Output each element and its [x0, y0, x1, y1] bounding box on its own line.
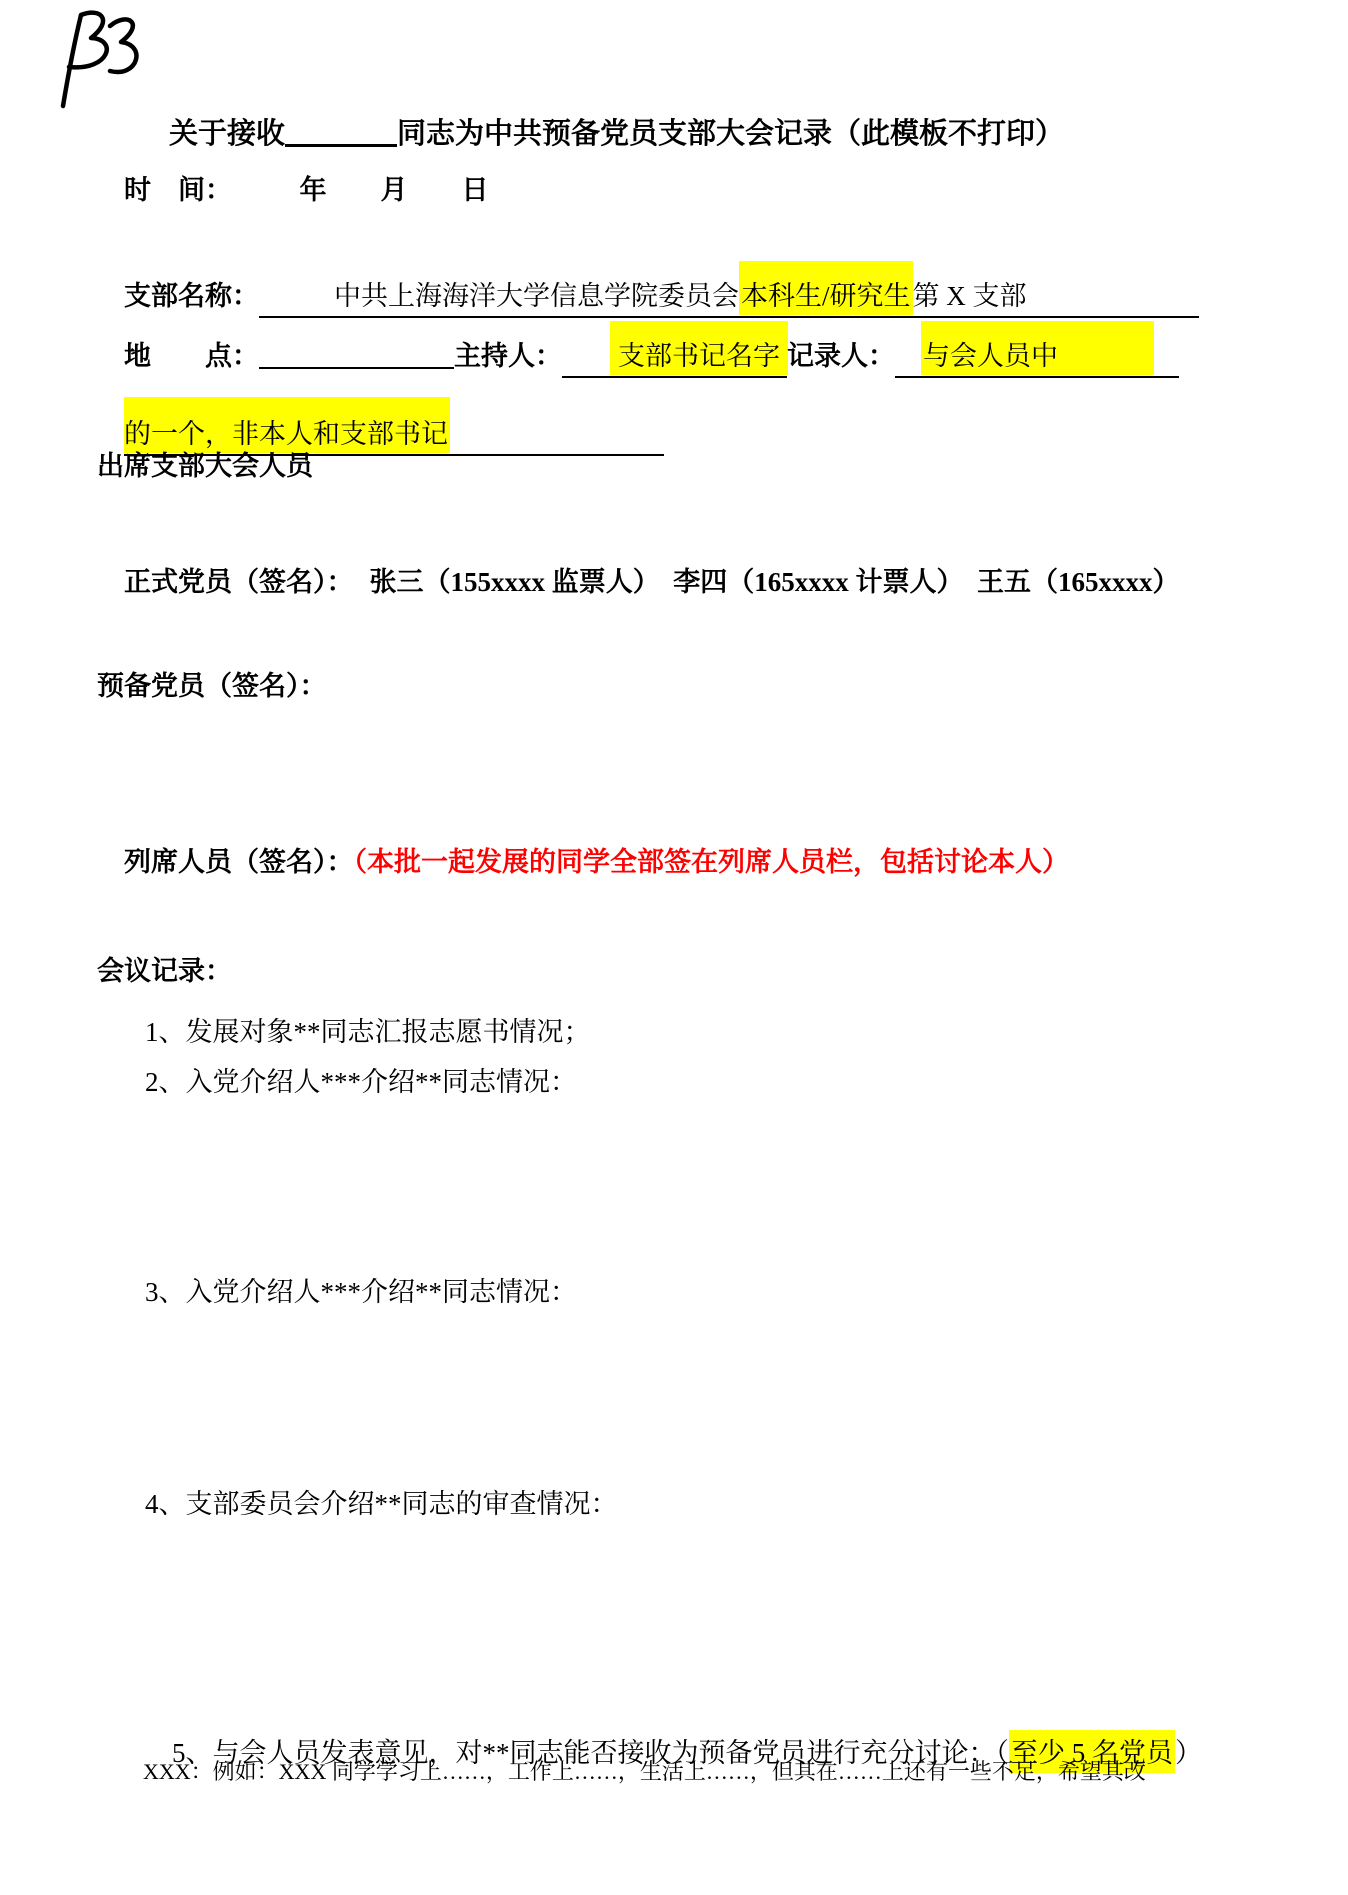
recorder-value-highlight-line1: 与会人员中 — [921, 321, 1154, 375]
minutes-item-2: 2、入党介绍人***介绍**同志情况： — [145, 1066, 577, 1100]
host-label: 主持人： — [454, 341, 562, 371]
recorder-label: 记录人： — [787, 341, 895, 371]
formal-members-row: 正式党员（签名）：张三（155xxxx 监票人） 李四（165xxxx 计票人）… — [97, 532, 1180, 633]
host-value-highlight: 支部书记名字 — [610, 321, 788, 375]
example-line: XXX：例如：XXX 同学学习上……，工作上……，生活上……，但其在……上还有一… — [143, 1758, 1146, 1786]
recorder-value-highlight-line2: 的一个，非本人和支部书记 — [124, 397, 450, 453]
time-row: 时 间： 年 月 日 — [97, 140, 489, 241]
b3-ink-icon — [50, 8, 150, 116]
minutes-item-1: 1、发展对象**同志汇报志愿书情况； — [145, 1016, 591, 1050]
host-field: 支部书记名字 — [562, 340, 787, 378]
probationary-members-row: 预备党员（签名）： — [97, 670, 327, 704]
minutes-item-4: 4、支部委员会介绍**同志的审查情况： — [145, 1488, 618, 1522]
minutes-item-5-close: ） — [1175, 1738, 1202, 1768]
document-page: 关于接收同志为中共预备党员支部大会记录（此模板不打印） 时 间： 年 月 日 支… — [0, 0, 1348, 1895]
recorder-field: 与会人员中 — [895, 340, 1179, 378]
handwritten-b3-mark — [50, 8, 150, 121]
observers-label: 列席人员（签名）： — [124, 847, 354, 877]
title-suffix: 同志为中共预备党员支部大会记录（此模板不打印） — [397, 118, 1064, 150]
minutes-item-5: 5、与会人员发表意见，对**同志能否接收为预备党员进行充分讨论：（至少 5 名党… — [145, 1703, 1202, 1804]
minutes-heading: 会议记录： — [97, 955, 232, 989]
observers-row: 列席人员（签名）：（本批一起发展的同学全部签在列席人员栏，包括讨论本人） — [97, 812, 1069, 913]
formal-members-value: 张三（155xxxx 监票人） 李四（165xxxx 计票人） 王五（165xx… — [370, 567, 1180, 597]
formal-members-label: 正式党员（签名）： — [124, 567, 354, 597]
location-blank-line — [259, 340, 454, 368]
location-label: 地 点： — [124, 341, 259, 371]
minutes-item-3: 3、入党介绍人***介绍**同志情况： — [145, 1276, 577, 1310]
time-line-text: 时 间： 年 月 日 — [124, 175, 489, 205]
observers-red-note: （本批一起发展的同学全部签在列席人员栏，包括讨论本人） — [354, 847, 1070, 877]
attendees-heading: 出席支部大会人员 — [97, 450, 313, 484]
